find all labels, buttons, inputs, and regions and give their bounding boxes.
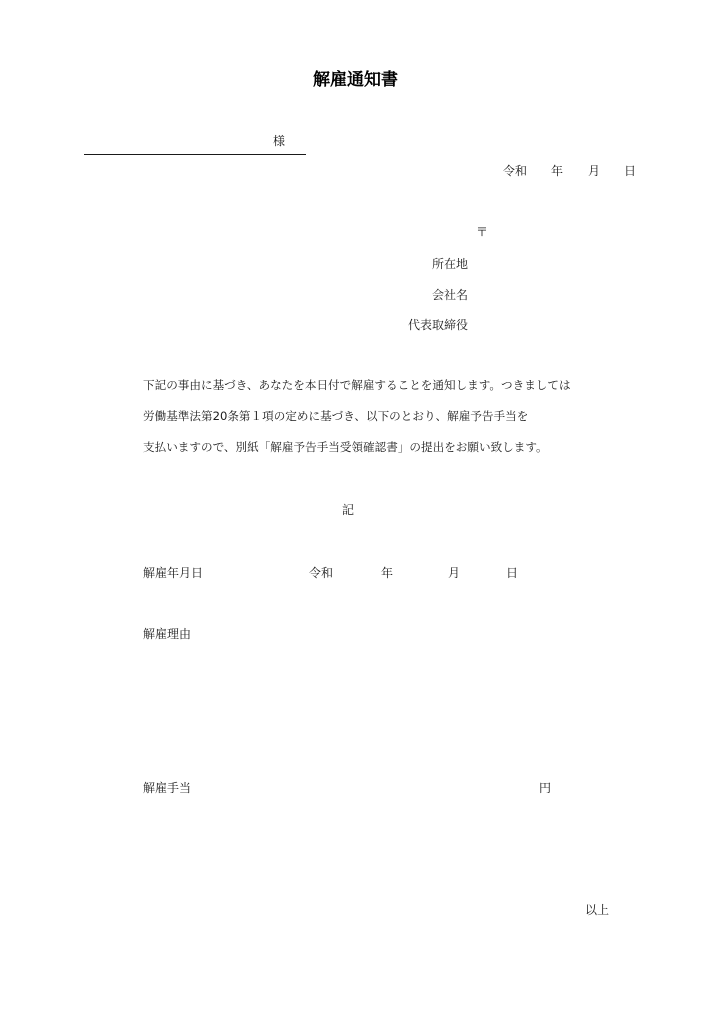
sender-company-label: 会社名 — [432, 288, 468, 302]
issue-date-year: 年 — [551, 164, 563, 178]
dismissal-allowance-label: 解雇手当 — [143, 781, 191, 795]
recipient-honorific: 様 — [273, 134, 285, 148]
body-line-1: 下記の事由に基づき、あなたを本日付で解雇することを通知します。つきましては — [143, 378, 571, 392]
issue-date-month: 月 — [588, 164, 600, 178]
dismissal-date-month: 月 — [448, 566, 460, 580]
sender-address-label: 所在地 — [432, 257, 468, 271]
body-line-3: 支払いますので、別紙「解雇予告手当受領確認書」の提出をお願い致します。 — [143, 440, 548, 454]
document-title: 解雇通知書 — [313, 70, 398, 90]
dismissal-date-era: 令和 — [309, 566, 333, 580]
dismissal-allowance-unit: 円 — [539, 781, 551, 795]
dismissal-date-year: 年 — [381, 566, 393, 580]
issue-date-day: 日 — [624, 164, 636, 178]
dismissal-date-day: 日 — [506, 566, 518, 580]
postal-mark: 〒 — [476, 225, 488, 239]
sender-representative-label: 代表取締役 — [408, 318, 468, 332]
closing-text: 以上 — [585, 903, 609, 917]
body-line-2: 労働基準法第20条第１項の定めに基づき、以下のとおり、解雇予告手当を — [143, 409, 528, 423]
dismissal-reason-label: 解雇理由 — [143, 627, 191, 641]
ki-heading: 記 — [342, 503, 354, 517]
recipient-name-line — [84, 154, 306, 155]
dismissal-date-label: 解雇年月日 — [143, 566, 203, 580]
issue-date-era: 令和 — [503, 164, 527, 178]
